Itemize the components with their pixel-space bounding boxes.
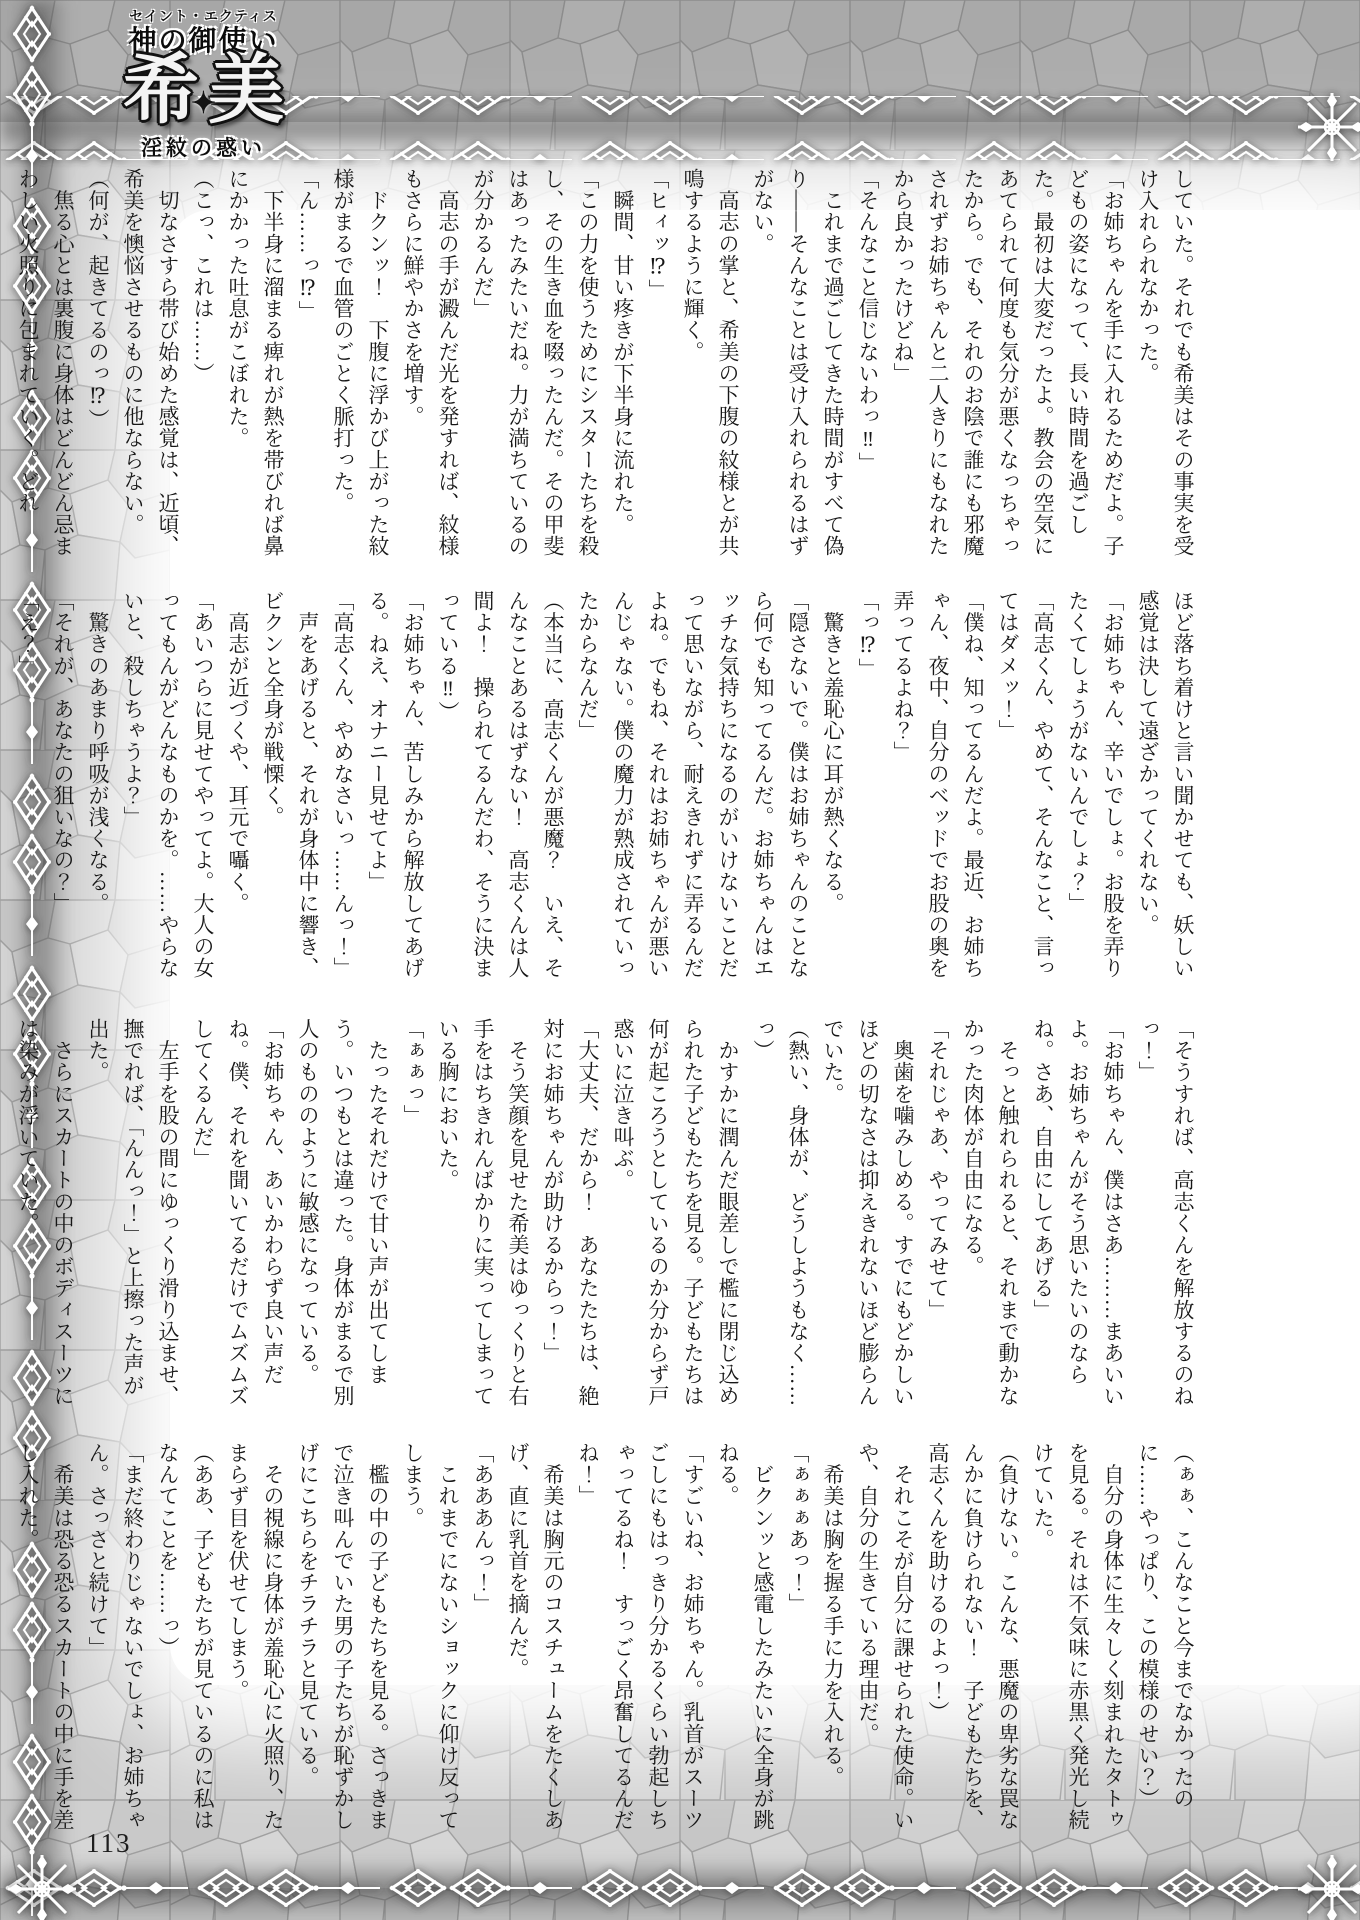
paragraph: 下半身に溜まる痺れが熱を帯びれば鼻にかかった吐息がこぼれた。 [220,168,290,560]
paragraph: 「あああんっ！」 [465,1442,500,1834]
paragraph: 「っ⁉」 [850,590,885,982]
paragraph: 奥歯を噛みしめる。すでにもどかしいほどの切なさは抑えきれないほど膨らんでいた。 [815,1018,920,1410]
paragraph: 希美は胸元のコスチュームをたくしあげ、直に乳首を摘んだ。 [500,1442,570,1834]
paragraph: 焦る心とは裏腹に身体はどんどん忌まわしい火照りに包まれていく。どれ [10,168,80,560]
logo-subtitle: 淫紋の惑い [56,132,351,162]
paragraph: 瞬間、甘い疼きが下半身に流れた。 [605,168,640,560]
paragraph: （何が、起きてるのっ⁉） [80,168,115,560]
paragraph: （ぁぁ、こんなこと今までなかったのに……やっぱり、この模様のせい？） [1130,1442,1200,1834]
logo-kicker: セイント・エクティス [56,6,351,26]
paragraph: 「すごいね、お姉ちゃん。乳首がスーツごしにもはっきり分かるくらい勃起しちゃってる… [570,1442,710,1834]
logo-title-char-left: 希 [123,55,199,127]
paragraph: （ああ、子どもたちが見ているのに私はなんてことを……っ） [150,1442,220,1834]
logo-main-title: 希 ✦ 美 [56,55,351,127]
paragraph: （熱い、身体が、どうしようもなく……っ） [745,1018,815,1410]
paragraph: （こっ、これは……） [185,168,220,560]
paragraph: （本当に、高志くんが悪魔？ いえ、そんなことあるはずない！ 高志くんは人間よ！ … [430,590,570,982]
paragraph: 高志の掌と、希美の下腹の紋様とが共鳴するように輝く。 [675,168,745,560]
series-logo: セイント・エクティス 神の御使い 希 ✦ 美 淫紋の惑い [56,6,351,162]
logo-series-title: 神の御使い [56,26,351,55]
paragraph: その視線に身体が羞恥心に火照り、たまらず目を伏せてしまう。 [220,1442,290,1834]
paragraph: 「お姉ちゃんを手に入れるためだよ。子どもの姿になって、長い時間を過ごした。最初は… [885,168,1130,560]
paragraph: 「この力を使うためにシスターたちを殺し、その生き血を啜ったんだ。その甲斐はあった… [465,168,605,560]
paragraph: 「そんなこと信じないわっ‼」 [850,168,885,560]
paragraph: 左手を股の間にゆっくり滑り込ませ、撫でれば、「んんっ！」と上擦った声が出た。 [80,1018,185,1410]
paragraph: 自分の身体に生々しく刻まれたタトゥを見る。それは不気味に赤黒く発光し続けていた。 [1025,1442,1130,1834]
paragraph: ドクンッ！ 下腹に浮かび上がった紋様がまるで血管のごとく脈打った。 [325,168,395,560]
paragraph: 「それが、あなたの狙いなの？」 [45,590,80,982]
paragraph: 「え？」 [10,590,45,982]
paragraph: 希美は恐る恐るスカートの中に手を差し入れた。 [10,1442,80,1834]
paragraph: ビクンッと感電したみたいに全身が跳ねる。 [710,1442,780,1834]
paragraph: それこそが自分に課せられた使命。いや、自分の生きている理由だ。 [850,1442,920,1834]
paragraph: 驚きと羞恥心に耳が熱くなる。 [815,590,850,982]
paragraph: 「お姉ちゃん、僕はさあ………まあいいよ。お姉ちゃんがそう思いたいのならね。さあ、… [1025,1018,1130,1410]
paragraph: していた。それでも希美はその事実を受け入れられなかった。 [1130,168,1200,560]
sparkle-star-icon: ✦ [191,90,216,119]
paragraph: さらにスカートの中のボディスーツには染みが浮いていた。 [10,1018,80,1410]
paragraph: 「ぁぁっ」 [395,1018,430,1410]
text-band-4: （ぁぁ、こんなこと今までなかったのに……やっぱり、この模様のせい？） 自分の身体… [10,1442,1200,1834]
paragraph: これまでにないショックに仰け反ってしまう。 [395,1442,465,1834]
bottom-chain-shadow-band [0,1860,1360,1916]
paragraph: 声をあげると、それが身体中に響き、ビクンと全身が戦慄く。 [255,590,325,982]
paragraph: 「そうすれば、高志くんを解放するのねっ！」 [1130,1018,1200,1410]
paragraph: 「高志くん、やめなさいっ……んっ！」 [325,590,360,982]
paragraph: 「ん……っ⁉」 [290,168,325,560]
page-number: 113 [86,1828,132,1859]
paragraph: 高志が近づくや、耳元で囁く。 [220,590,255,982]
paragraph: 「あいつらに見せてやってよ。大人の女ってもんがどんなものかを。……やらないと、殺… [115,590,220,982]
paragraph: ほど落ち着けと言い聞かせても、妖しい感覚は決して遠ざかってくれない。 [1130,590,1200,982]
paragraph: （負けない。こんな、悪魔の卑劣な罠なんかに負けられない！ 子どもたちを、高志くん… [920,1442,1025,1834]
paragraph: 「高志くん、やめて、そんなこと、言ってはダメッ！」 [990,590,1060,982]
logo-title-char-right: 美 [208,55,284,127]
paragraph: これまで過ごしてきた時間がすべて偽り――そんなことは受け入れられるはずがない。 [745,168,850,560]
paragraph: かすかに潤んだ眼差しで檻に閉じ込められた子どもたちを見る。子どもたちは何が起ころ… [605,1018,745,1410]
paragraph: そう笑顔を見せた希美はゆっくりと右手をはちきれんばかりに実ってしまっている胸にお… [430,1018,535,1410]
paragraph: 「隠さないで。僕はお姉ちゃんのことなら何でも知ってるんだ。お姉ちゃんはエッチな気… [570,590,815,982]
paragraph: 「ヒィッ⁉」 [640,168,675,560]
paragraph: 切なさすら帯び始めた感覚は、近頃、希美を懊悩させるものに他ならない。 [115,168,185,560]
paragraph: たったそれだけで甘い声が出てしまう。いつもとは違った。身体がまるで別人のもののよ… [290,1018,395,1410]
paragraph: 「大丈夫、だから！ あなたたちは、絶対にお姉ちゃんが助けるからっ！」 [535,1018,605,1410]
paragraph: そっと触れられると、それまで動かなかった肉体が自由になる。 [955,1018,1025,1410]
paragraph: 檻の中の子どもたちを見る。さっきまで泣き叫んでいた男の子たちが恥ずかしげにこちら… [290,1442,395,1834]
paragraph: 驚きのあまり呼吸が浅くなる。 [80,590,115,982]
paragraph: 「お姉ちゃん、苦しみから解放してあげる。ねえ、オナニー見せてよ」 [360,590,430,982]
paragraph: 「お姉ちゃん、あいかわらず良い声だね。僕、それを聞いてるだけでムズムズしてくるん… [185,1018,290,1410]
paragraph: 「僕ね、知ってるんだよ。最近、お姉ちゃん、夜中、自分のベッドでお股の奥を弄ってる… [885,590,990,982]
paragraph: 「ぁぁぁあっ！」 [780,1442,815,1834]
text-band-1: していた。それでも希美はその事実を受け入れられなかった。「お姉ちゃんを手に入れる… [10,168,1200,560]
paragraph: 「それじゃあ、やってみせて」 [920,1018,955,1410]
paragraph: 「まだ終わりじゃないでしょ、お姉ちゃん。さっさと続けて」 [80,1442,150,1834]
paragraph: 希美は胸を握る手に力を入れる。 [815,1442,850,1834]
text-band-2: ほど落ち着けと言い聞かせても、妖しい感覚は決して遠ざかってくれない。「お姉ちゃん… [10,590,1200,982]
paragraph: 高志の手が澱んだ光を発すれば、紋様もさらに鮮やかさを増す。 [395,168,465,560]
text-band-3: 「そうすれば、高志くんを解放するのねっ！」「お姉ちゃん、僕はさあ………まあいいよ… [10,1018,1200,1410]
paragraph: 「お姉ちゃん、辛いでしょ。お股を弄りたくてしょうがないんでしょ？」 [1060,590,1130,982]
